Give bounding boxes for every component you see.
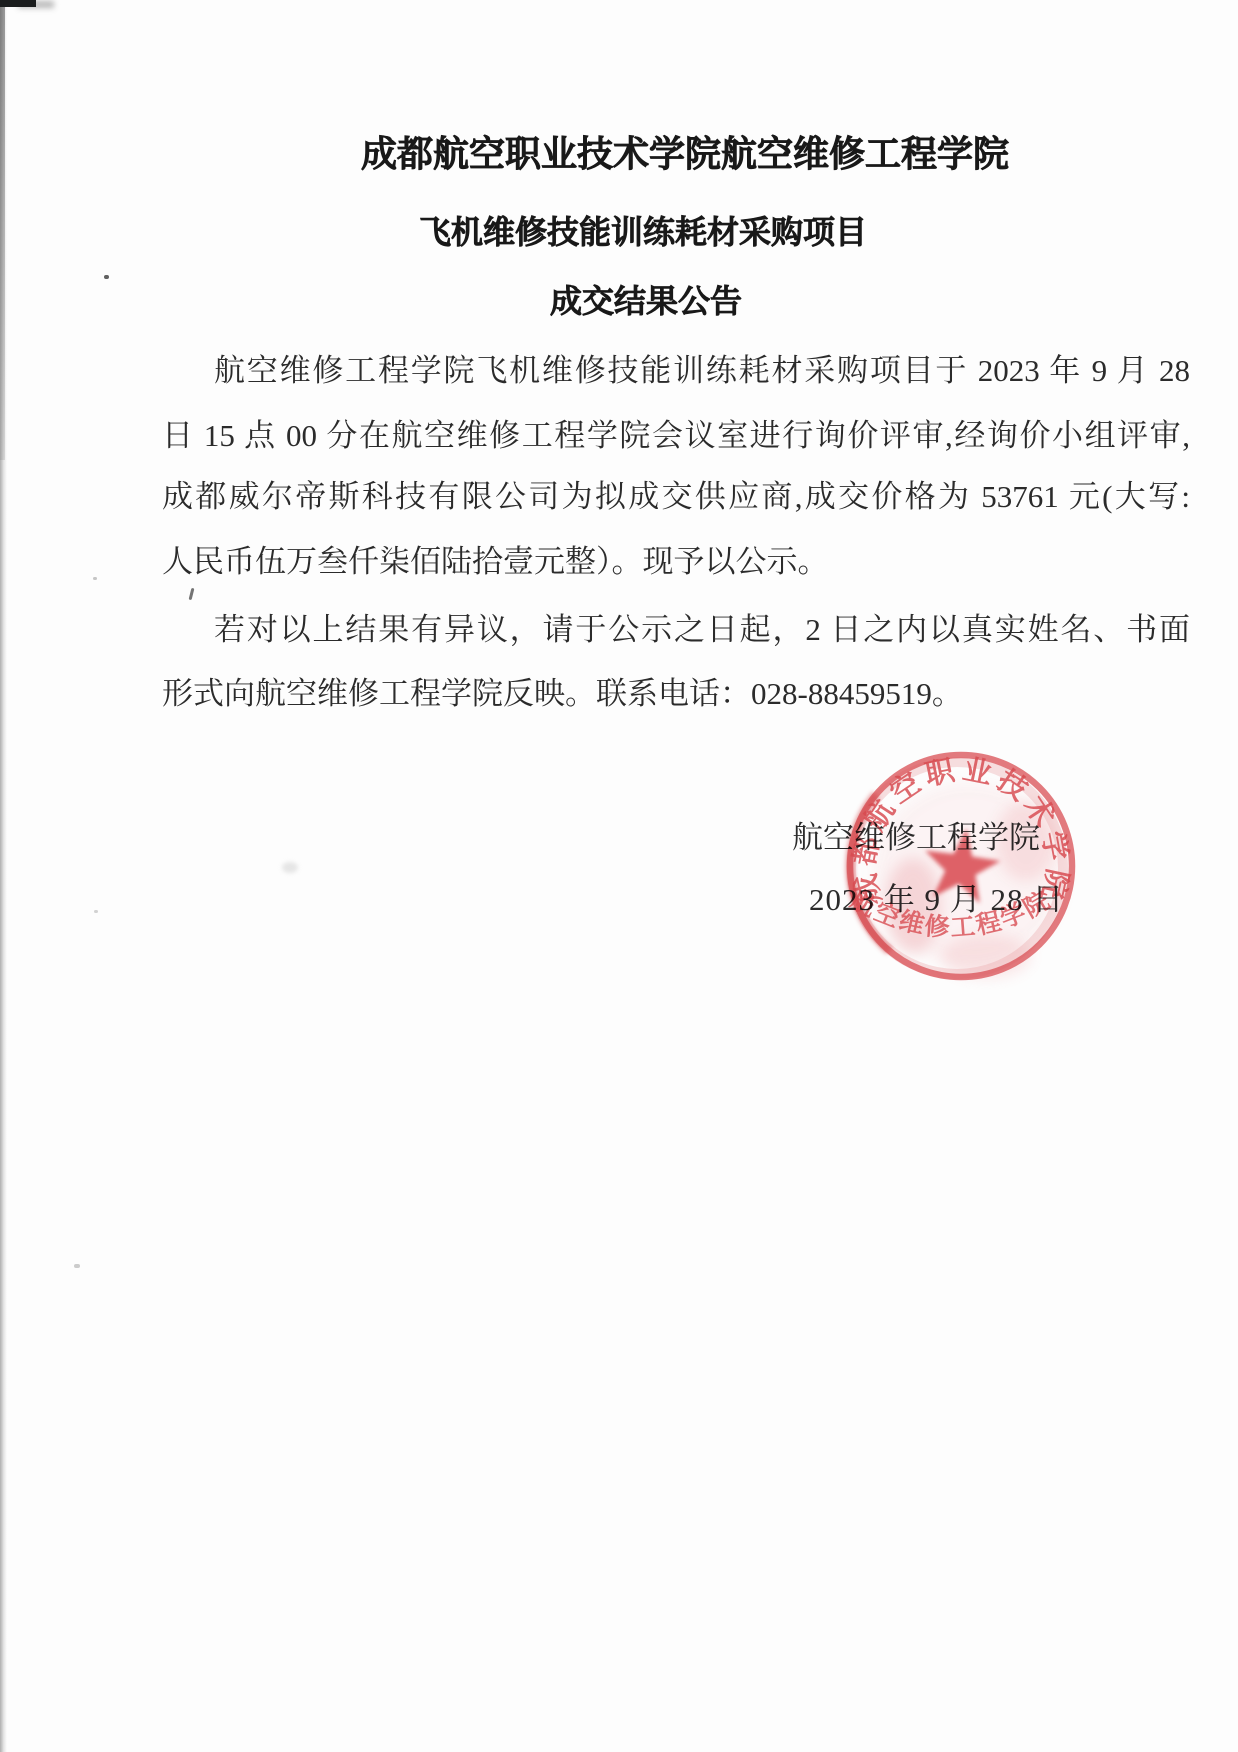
scan-speck — [189, 588, 195, 600]
body-paragraph2-line1: 若对以上结果有异议，请于公示之日起，2 日之内以真实姓名、书面 — [162, 611, 1190, 648]
document-title-line-2: 飞机维修技能训练耗材采购项目 — [419, 216, 867, 248]
seal-ring — [850, 755, 1072, 977]
seal-ring-ghost — [851, 762, 1063, 974]
official-seal-stamp: 成都航空职业技术学院 航空维修工程学院 — [821, 726, 1101, 1006]
scan-speck — [104, 275, 109, 279]
scan-edge-shadow-top — [0, 0, 5, 460]
body-paragraph1-line3: 成都威尔帝斯科技有限公司为拟成交供应商,成交价格为 53761 元(大写: — [162, 478, 1190, 515]
scan-corner-artifact — [0, 0, 36, 7]
scan-speck — [94, 910, 98, 913]
document-title-line-1: 成都航空职业技术学院航空维修工程学院 — [361, 136, 1009, 172]
body-paragraph1-line4: 人民币伍万叁仟柒佰陆拾壹元整）。现予以公示。 — [162, 543, 1190, 580]
body-paragraph1-line2: 日 15 点 00 分在航空维修工程学院会议室进行询价评审,经询价小组评审, — [162, 417, 1190, 454]
signature-department: 航空维修工程学院 — [792, 812, 1040, 857]
signature-date: 2023 年 9 月 28 日 — [809, 874, 1064, 919]
scanned-document-page: 成都航空职业技术学院航空维修工程学院 飞机维修技能训练耗材采购项目 成交结果公告… — [0, 0, 1238, 1752]
body-paragraph2-line2: 形式向航空维修工程学院反映。联系电话：028-88459519。 — [162, 675, 1190, 712]
scan-speck — [74, 1264, 80, 1268]
scan-speck — [93, 577, 97, 580]
document-title-line-3: 成交结果公告 — [550, 285, 742, 317]
scan-smudge — [282, 862, 298, 873]
body-paragraph1-line1: 航空维修工程学院飞机维修技能训练耗材采购项目于 2023 年 9 月 28 — [162, 352, 1190, 389]
scan-edge-shadow — [0, 0, 7, 1752]
